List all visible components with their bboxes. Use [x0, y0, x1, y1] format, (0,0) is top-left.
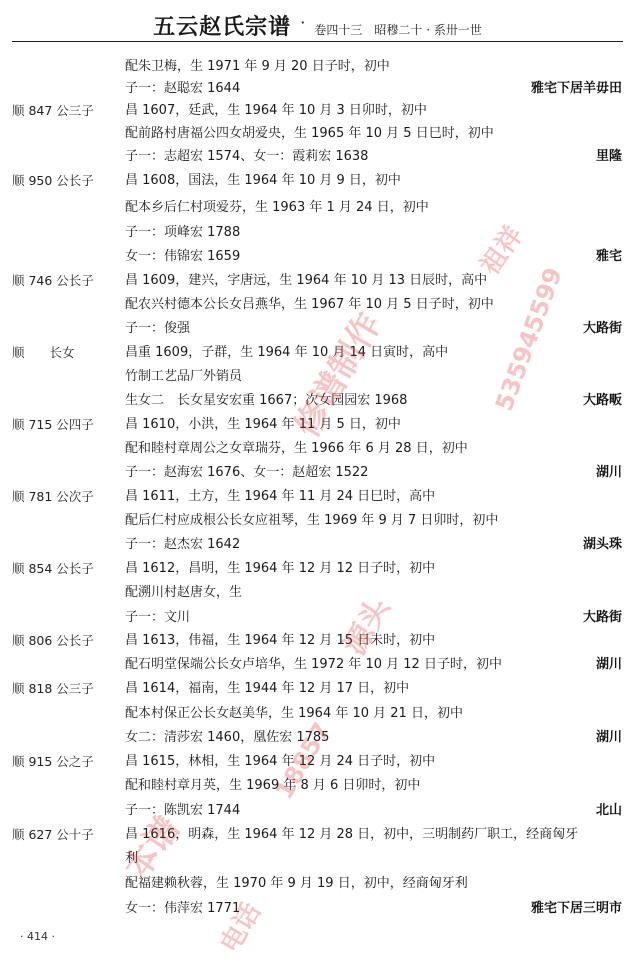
genealogy-line: 子一：陈凯宏 1744北山: [0, 800, 635, 822]
genealogy-line: 顺 847 公三子昌 1607，廷武，生 1964 年 10 月 3 日卯时，初…: [0, 100, 635, 122]
lineage-label: 顺 长女: [12, 342, 122, 364]
residence-place: 大路街: [583, 318, 622, 340]
genealogy-line: 顺 长女昌重 1609，子群，生 1964 年 10 月 14 日寅时，高中: [0, 342, 635, 364]
genealogy-line: 顺 806 公长子昌 1613，伟福，生 1964 年 12 月 15 日未时，…: [0, 630, 635, 652]
genealogy-line: 顺 627 公十子昌 1616，明森，生 1964 年 12 月 28 日，初中…: [0, 824, 635, 846]
genealogy-line: 顺 818 公三子昌 1614，福南，生 1944 年 12 月 17 日，初中: [0, 678, 635, 700]
genealogy-title: 五云赵氏宗谱: [153, 14, 291, 40]
genealogy-line: 子一：赵杰宏 1642湖头珠: [0, 534, 635, 556]
entry-text: 昌 1608，国法，生 1964 年 10 月 9 日，初中: [125, 170, 401, 192]
entry-text: 昌 1610，小洪，生 1964 年 11 月 5 日，初中: [125, 414, 401, 436]
genealogy-line: 配本村保正公长女赵美华，生 1964 年 10 月 21 日，初中: [0, 703, 635, 725]
entry-text: 昌重 1609，子群，生 1964 年 10 月 14 日寅时，高中: [125, 342, 448, 364]
entry-text: 子一：赵杰宏 1642: [125, 534, 240, 556]
entry-text: 配福建赖秋蓉，生 1970 年 9 月 19 日，初中，经商匈牙利: [125, 873, 468, 895]
entry-text: 配石明堂保端公长女卢培华，生 1972 年 10 月 12 日子时，初中: [125, 654, 502, 676]
lineage-label: 顺 715 公四子: [12, 414, 122, 436]
genealogy-line: 女一：伟萍宏 1771雅宅下居三明市: [0, 898, 635, 920]
entry-text: 配朱卫梅，生 1971 年 9 月 20 日子时，初中: [125, 56, 390, 78]
entry-text: 女二：清莎宏 1460，凰佐宏 1785: [125, 727, 329, 749]
lineage-label: 顺 847 公三子: [12, 100, 122, 122]
entry-text: 子一：俊强: [125, 318, 190, 340]
entry-text: 配前路村唐福公四女胡爱央，生 1965 年 10 月 5 日巳时，初中: [125, 123, 494, 145]
entry-text: 子一：志超宏 1574、女一：霞莉宏 1638: [125, 146, 368, 168]
entry-text: 子一：文川: [125, 607, 190, 629]
page-number: · 414 ·: [20, 930, 55, 943]
entry-text: 昌 1616，明森，生 1964 年 12 月 28 日，初中，三明制药厂职工，…: [125, 824, 578, 846]
genealogy-line: 顺 746 公长子昌 1609，建兴，字唐远，生 1964 年 10 月 13 …: [0, 270, 635, 292]
lineage-label: 顺 950 公长子: [12, 170, 122, 192]
lineage-label: 顺 806 公长子: [12, 630, 122, 652]
entry-text: 昌 1612，昌明，生 1964 年 12 月 12 日子时，初中: [125, 558, 435, 580]
header-rule: [12, 41, 623, 42]
lineage-label: 顺 818 公三子: [12, 678, 122, 700]
title-separator: ·: [300, 13, 305, 32]
genealogy-line: 配朱卫梅，生 1971 年 9 月 20 日子时，初中: [0, 56, 635, 78]
genealogy-line: 子一：赵海宏 1676、女一：赵超宏 1522湖川: [0, 462, 635, 484]
genealogy-line: 配前路村唐福公四女胡爱央，生 1965 年 10 月 5 日巳时，初中: [0, 123, 635, 145]
entry-text: 昌 1607，廷武，生 1964 年 10 月 3 日卯时，初中: [125, 100, 427, 122]
entry-text: 配溯川村赵唐女，生: [125, 582, 242, 604]
residence-place: 湖川: [596, 654, 622, 676]
lineage-label: 顺 854 公长子: [12, 558, 122, 580]
lineage-label: 顺 746 公长子: [12, 270, 122, 292]
entry-text: 子一：陈凯宏 1744: [125, 800, 240, 822]
genealogy-line: 女一：伟锦宏 1659雅宅: [0, 246, 635, 268]
genealogy-line: 配后仁村应成根公长女应祖琴，生 1969 年 9 月 7 日卯时，初中: [0, 510, 635, 532]
residence-place: 湖头珠: [583, 534, 622, 556]
genealogy-line: 子一：赵聪宏 1644雅宅下居羊毋田: [0, 78, 635, 100]
volume-subtitle: 卷四十三 昭穆二十 · 系卅一世: [314, 23, 481, 37]
genealogy-line: 配农兴村德本公长女吕燕华，生 1967 年 10 月 5 日子时，初中: [0, 294, 635, 316]
genealogy-line: 顺 715 公四子昌 1610，小洪，生 1964 年 11 月 5 日，初中: [0, 414, 635, 436]
residence-place: 大路畈: [583, 390, 622, 412]
entry-text: 配后仁村应成根公长女应祖琴，生 1969 年 9 月 7 日卯时，初中: [125, 510, 498, 532]
genealogy-line: 配溯川村赵唐女，生: [0, 582, 635, 604]
residence-place: 里隆: [596, 146, 622, 168]
residence-place: 雅宅下居羊毋田: [531, 78, 622, 100]
genealogy-line: 配和睦村章月英，生 1969 年 8 月 6 日卯时，初中: [0, 775, 635, 797]
genealogy-line: 顺 781 公次子昌 1611，土方，生 1964 年 11 月 24 日巳时，…: [0, 486, 635, 508]
entry-text: 配农兴村德本公长女吕燕华，生 1967 年 10 月 5 日子时，初中: [125, 294, 494, 316]
genealogy-line: 配石明堂保端公长女卢培华，生 1972 年 10 月 12 日子时，初中湖川: [0, 654, 635, 676]
entry-text: 昌 1615，林相，生 1964 年 12 月 24 日子时，初中: [125, 751, 435, 773]
entry-text: 配本乡后仁村项爱芬，生 1963 年 1 月 24 日，初中: [125, 197, 429, 219]
genealogy-line: 顺 854 公长子昌 1612，昌明，生 1964 年 12 月 12 日子时，…: [0, 558, 635, 580]
residence-place: 雅宅: [596, 246, 622, 268]
genealogy-line: 顺 915 公之子昌 1615，林相，生 1964 年 12 月 24 日子时，…: [0, 751, 635, 773]
entry-text: 子一：项峰宏 1788: [125, 222, 240, 244]
genealogy-line: 竹制工艺品厂外销员: [0, 366, 635, 388]
lineage-label: 顺 781 公次子: [12, 486, 122, 508]
genealogy-line: 配本乡后仁村项爱芬，生 1963 年 1 月 24 日，初中: [0, 197, 635, 219]
genealogy-line: 生女二 长女星安宏重 1667；次女园园宏 1968大路畈: [0, 390, 635, 412]
genealogy-line: 子一：文川大路街: [0, 607, 635, 629]
residence-place: 雅宅下居三明市: [531, 898, 622, 920]
entry-text: 配和睦村章月英，生 1969 年 8 月 6 日卯时，初中: [125, 775, 420, 797]
genealogy-line: 子一：项峰宏 1788: [0, 222, 635, 244]
genealogy-line: 子一：俊强大路街: [0, 318, 635, 340]
entry-text: 配和睦村章周公之女章瑞芬，生 1966 年 6 月 28 日，初中: [125, 438, 468, 460]
entry-text: 利: [125, 848, 138, 870]
lineage-label: 顺 915 公之子: [12, 751, 122, 773]
entry-text: 昌 1614，福南，生 1944 年 12 月 17 日，初中: [125, 678, 409, 700]
entry-text: 竹制工艺品厂外销员: [125, 366, 242, 388]
residence-place: 大路街: [583, 607, 622, 629]
entry-text: 昌 1611，土方，生 1964 年 11 月 24 日巳时，高中: [125, 486, 435, 508]
residence-place: 北山: [596, 800, 622, 822]
entry-text: 生女二 长女星安宏重 1667；次女园园宏 1968: [125, 390, 407, 412]
genealogy-line: 女二：清莎宏 1460，凰佐宏 1785湖川: [0, 727, 635, 749]
genealogy-line: 顺 950 公长子昌 1608，国法，生 1964 年 10 月 9 日，初中: [0, 170, 635, 192]
entry-text: 女一：伟锦宏 1659: [125, 246, 240, 268]
entry-text: 配本村保正公长女赵美华，生 1964 年 10 月 21 日，初中: [125, 703, 463, 725]
genealogy-line: 配和睦村章周公之女章瑞芬，生 1966 年 6 月 28 日，初中: [0, 438, 635, 460]
page-header: 五云赵氏宗谱 · 卷四十三 昭穆二十 · 系卅一世: [0, 10, 635, 40]
entry-text: 女一：伟萍宏 1771: [125, 898, 240, 920]
entry-text: 子一：赵海宏 1676、女一：赵超宏 1522: [125, 462, 368, 484]
genealogy-line: 子一：志超宏 1574、女一：霞莉宏 1638里隆: [0, 146, 635, 168]
entry-text: 昌 1609，建兴，字唐远，生 1964 年 10 月 13 日辰时，高中: [125, 270, 487, 292]
genealogy-line: 配福建赖秋蓉，生 1970 年 9 月 19 日，初中，经商匈牙利: [0, 873, 635, 895]
residence-place: 湖川: [596, 462, 622, 484]
lineage-label: 顺 627 公十子: [12, 824, 122, 846]
genealogy-line: 利: [0, 848, 635, 870]
entry-text: 昌 1613，伟福，生 1964 年 12 月 15 日未时，初中: [125, 630, 435, 652]
residence-place: 湖川: [596, 727, 622, 749]
entry-text: 子一：赵聪宏 1644: [125, 78, 240, 100]
